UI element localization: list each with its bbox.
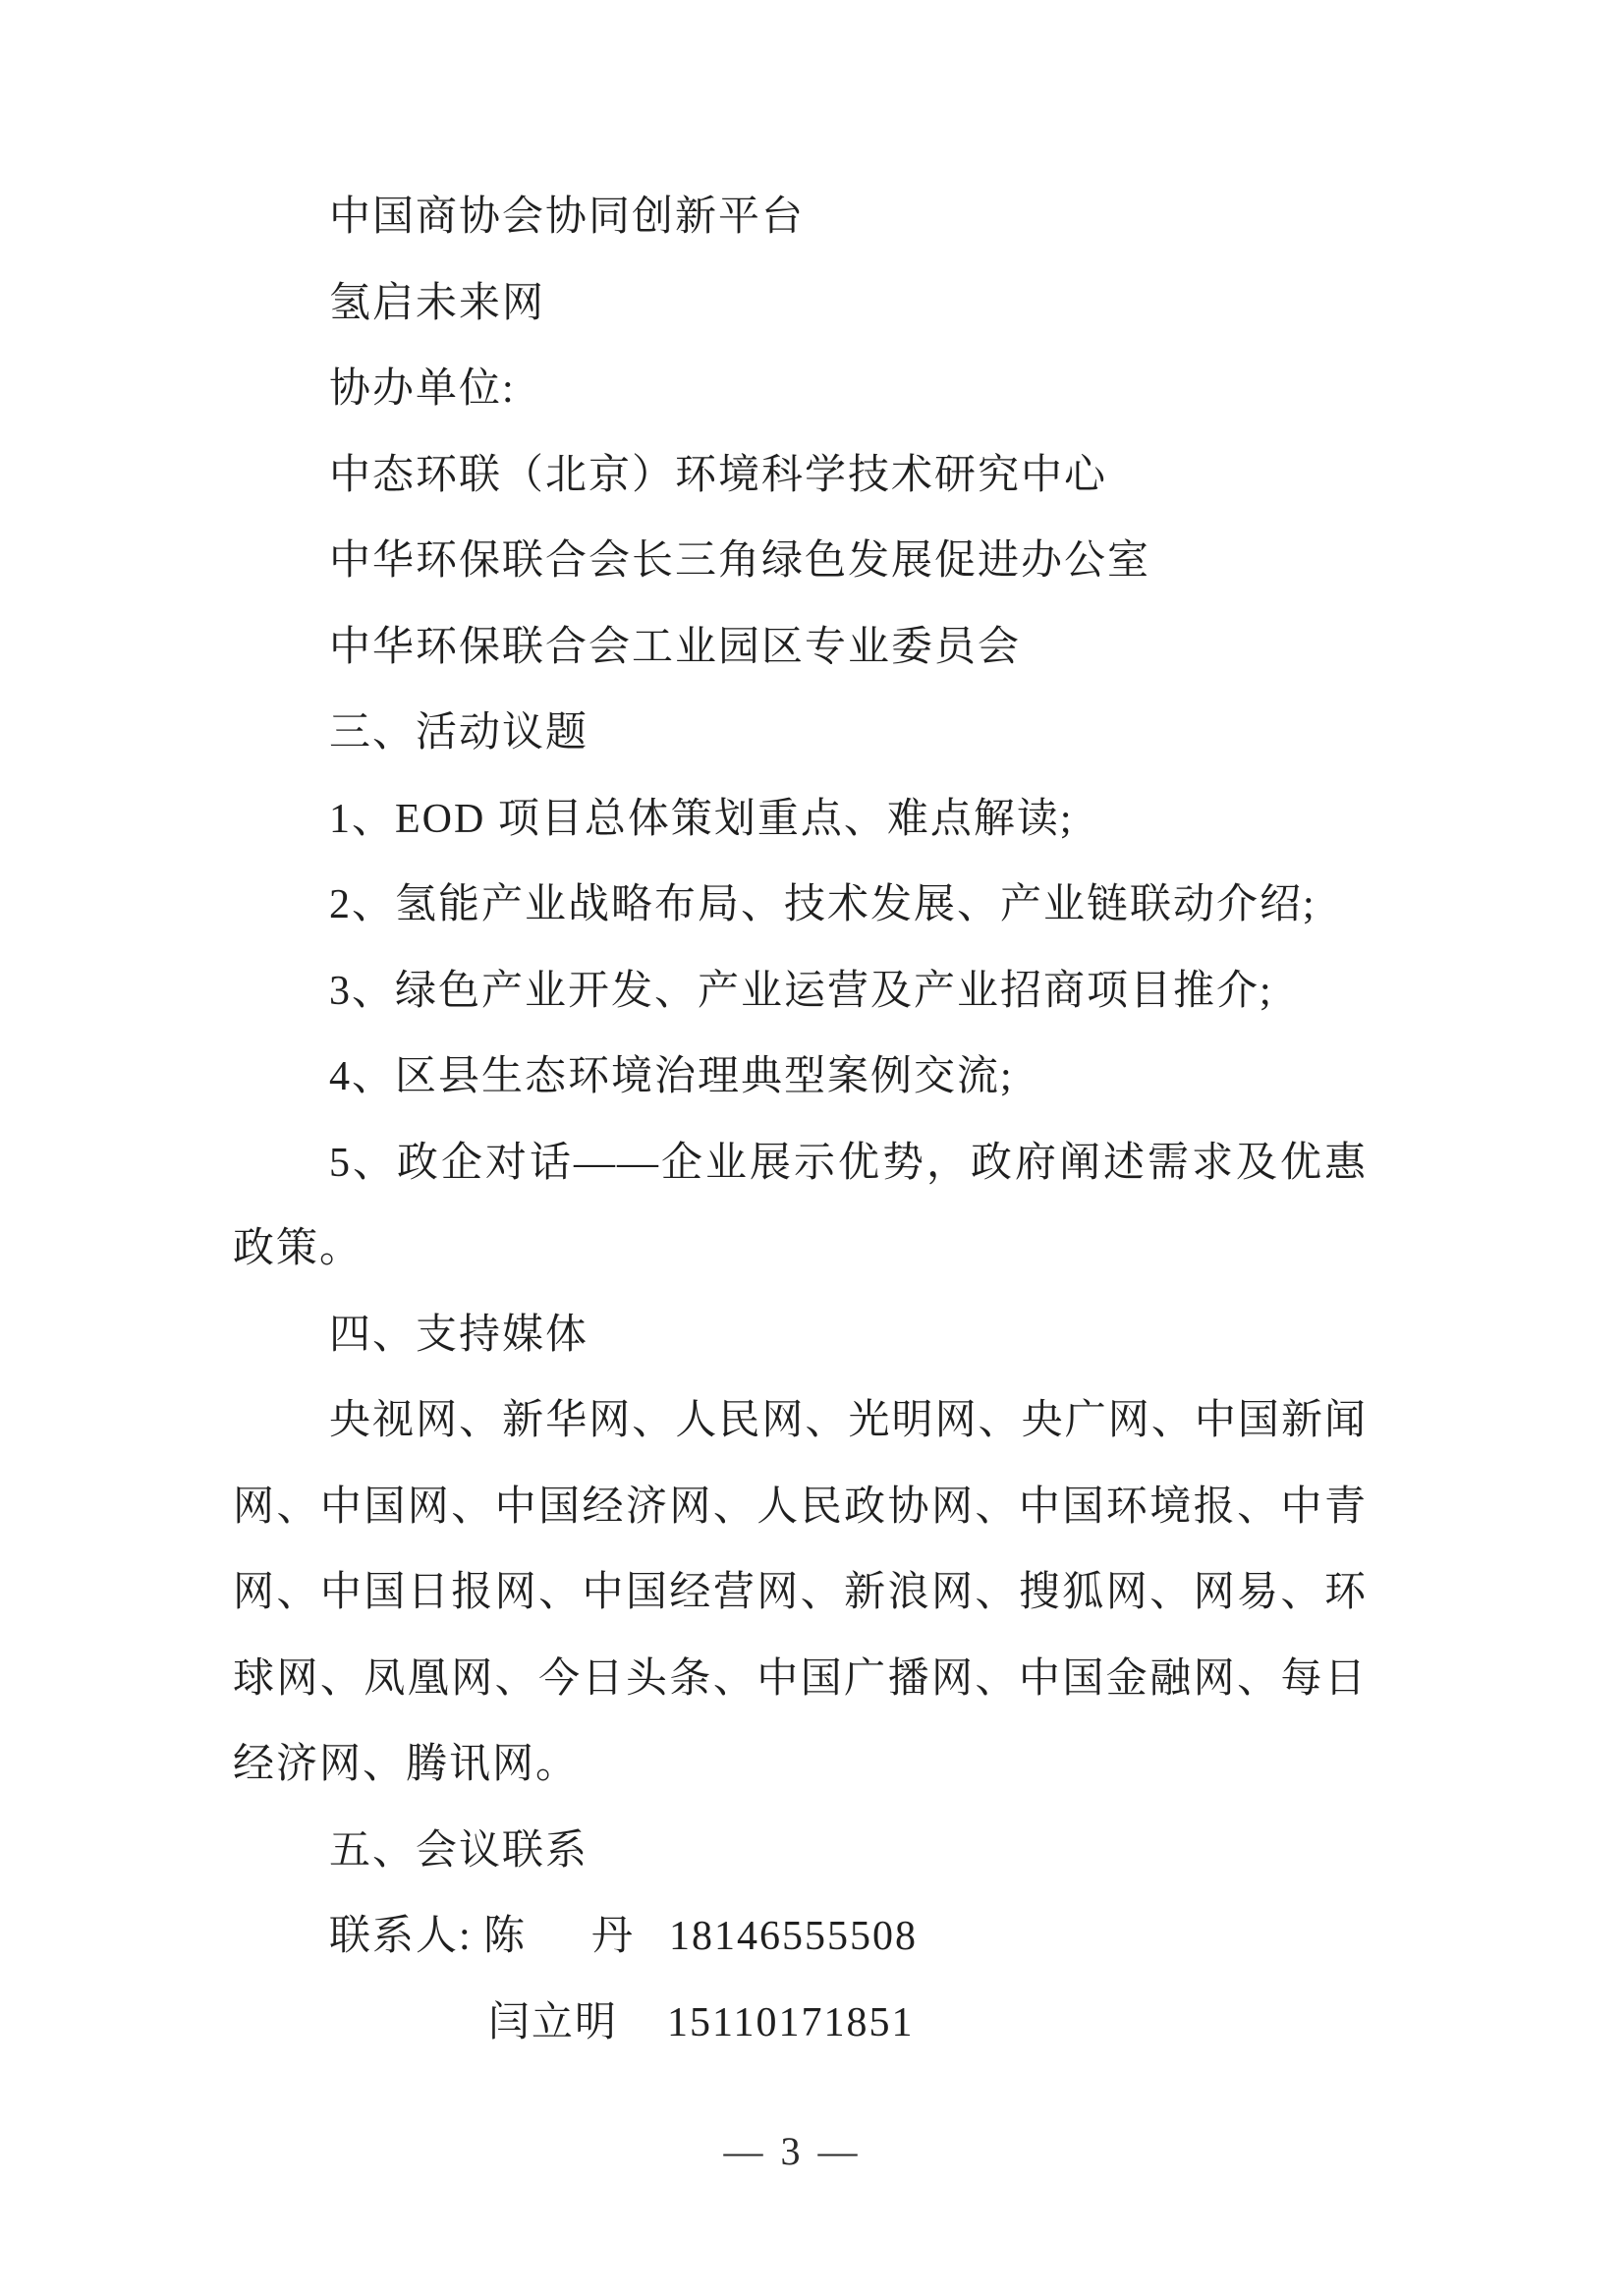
text-segment: 18146555508 <box>669 1894 918 1981</box>
text-line: 4、区县生态环境治理典型案例交流; <box>233 1035 1368 1121</box>
page-number: — 3 — <box>0 2108 1585 2195</box>
text-line: 球网、凤凰网、今日头条、中国广播网、中国金融网、每日 <box>233 1637 1368 1723</box>
text-line: 五、会议联系 <box>233 1809 1368 1895</box>
text-segment: 陈 <box>483 1894 527 1981</box>
text-line: 2、氢能产业战略布局、技术发展、产业链联动介绍; <box>233 863 1368 949</box>
text-line: 联系人:陈丹18146555508 <box>233 1894 1368 1981</box>
text-line: 5、政企对话——企业展示优势，政府阐述需求及优惠 <box>233 1121 1368 1207</box>
text-segment: 15110171851 <box>667 1981 914 2067</box>
text-line: 网、中国网、中国经济网、人民政协网、中国环境报、中青 <box>233 1465 1368 1551</box>
text-line: 网、中国日报网、中国经营网、新浪网、搜狐网、网易、环 <box>233 1550 1368 1637</box>
text-line: 协办单位: <box>233 347 1368 433</box>
text-line: 三、活动议题 <box>233 691 1368 777</box>
text-segment: 丹 <box>591 1894 635 1981</box>
document-body: 中国商协会协同创新平台氢启未来网协办单位:中态环联（北京）环境科学技术研究中心中… <box>233 175 1368 2066</box>
text-line: 央视网、新华网、人民网、光明网、央广网、中国新闻 <box>233 1378 1368 1465</box>
text-line: 1、EOD 项目总体策划重点、难点解读; <box>233 777 1368 864</box>
document-page: 中国商协会协同创新平台氢启未来网协办单位:中态环联（北京）环境科学技术研究中心中… <box>0 0 1624 2296</box>
text-line: 中华环保联合会工业园区专业委员会 <box>233 605 1368 692</box>
text-line: 氢启未来网 <box>233 261 1368 348</box>
text-line: 中华环保联合会长三角绿色发展促进办公室 <box>233 519 1368 605</box>
text-line: 闫立明15110171851 <box>233 1981 1368 2067</box>
text-line: 3、绿色产业开发、产业运营及产业招商项目推介; <box>233 949 1368 1036</box>
text-line: 四、支持媒体 <box>233 1293 1368 1379</box>
text-line: 经济网、腾讯网。 <box>233 1722 1368 1809</box>
text-line: 中国商协会协同创新平台 <box>233 175 1368 261</box>
text-segment: 闫立明 <box>488 1981 618 2067</box>
text-line: 政策。 <box>233 1206 1368 1293</box>
text-line: 中态环联（北京）环境科学技术研究中心 <box>233 433 1368 520</box>
text-segment: 联系人: <box>329 1894 473 1981</box>
